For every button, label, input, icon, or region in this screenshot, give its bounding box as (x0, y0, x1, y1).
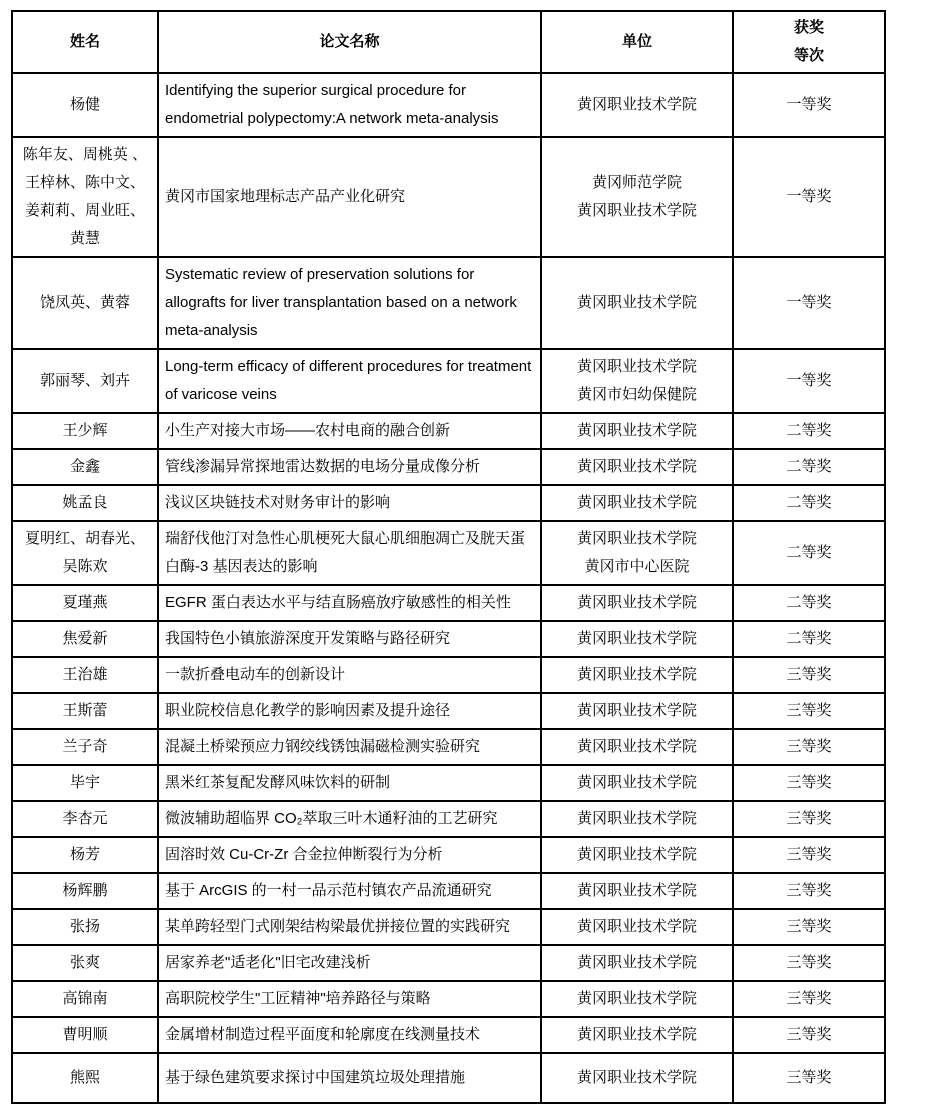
document-page: 姓名 论文名称 单位 获奖 等次 杨健 Identifying the supe… (0, 0, 937, 1104)
name-cell: 兰子奇 (12, 729, 158, 765)
table-row: 杨辉鹏 基于 ArcGIS 的一村一品示范村镇农产品流通研究 黄冈职业技术学院 … (12, 873, 885, 909)
title-cell: 黄冈市国家地理标志产品产业化研究 (158, 137, 541, 257)
unit-cell: 黄冈职业技术学院 (541, 1017, 733, 1053)
award-cell: 三等奖 (733, 837, 885, 873)
table-row: 王治雄 一款折叠电动车的创新设计 黄冈职业技术学院 三等奖 (12, 657, 885, 693)
title-cell: Identifying the superior surgical proced… (158, 73, 541, 137)
unit-line: 黄冈职业技术学院 (548, 949, 726, 977)
name-cell: 王治雄 (12, 657, 158, 693)
unit-cell: 黄冈职业技术学院 (541, 1053, 733, 1103)
table-row: 李杏元 微波辅助超临界 CO₂萃取三叶木通籽油的工艺研究 黄冈职业技术学院 三等… (12, 801, 885, 837)
award-cell: 三等奖 (733, 693, 885, 729)
title-cell: Long-term efficacy of different procedur… (158, 349, 541, 413)
unit-cell: 黄冈师范学院黄冈职业技术学院 (541, 137, 733, 257)
unit-cell: 黄冈职业技术学院 (541, 585, 733, 621)
table-row: 王斯蕾 职业院校信息化教学的影响因素及提升途径 黄冈职业技术学院 三等奖 (12, 693, 885, 729)
award-cell: 二等奖 (733, 485, 885, 521)
table-row: 金鑫 管线渗漏异常探地雷达数据的电场分量成像分析 黄冈职业技术学院 二等奖 (12, 449, 885, 485)
unit-cell: 黄冈职业技术学院黄冈市中心医院 (541, 521, 733, 585)
title-cell: 一款折叠电动车的创新设计 (158, 657, 541, 693)
unit-cell: 黄冈职业技术学院 (541, 801, 733, 837)
unit-line: 黄冈职业技术学院 (548, 91, 726, 119)
column-header-name: 姓名 (12, 11, 158, 73)
column-header-unit: 单位 (541, 11, 733, 73)
unit-line: 黄冈职业技术学院 (548, 913, 726, 941)
title-cell: 固溶时效 Cu-Cr-Zr 合金拉伸断裂行为分析 (158, 837, 541, 873)
title-cell: 混凝土桥梁预应力钢绞线锈蚀漏磁检测实验研究 (158, 729, 541, 765)
title-cell: 职业院校信息化教学的影响因素及提升途径 (158, 693, 541, 729)
award-cell: 三等奖 (733, 873, 885, 909)
name-cell: 夏明红、胡春光、吴陈欢 (12, 521, 158, 585)
table-row: 兰子奇 混凝土桥梁预应力钢绞线锈蚀漏磁检测实验研究 黄冈职业技术学院 三等奖 (12, 729, 885, 765)
table-header: 姓名 论文名称 单位 获奖 等次 (12, 11, 885, 73)
unit-cell: 黄冈职业技术学院 (541, 765, 733, 801)
table-row: 王少辉 小生产对接大市场——农村电商的融合创新 黄冈职业技术学院 二等奖 (12, 413, 885, 449)
award-cell: 二等奖 (733, 521, 885, 585)
unit-line: 黄冈职业技术学院 (548, 353, 726, 381)
award-cell: 一等奖 (733, 349, 885, 413)
name-cell: 杨芳 (12, 837, 158, 873)
table-row: 曹明顺 金属增材制造过程平面度和轮廓度在线测量技术 黄冈职业技术学院 三等奖 (12, 1017, 885, 1053)
unit-line: 黄冈职业技术学院 (548, 697, 726, 725)
unit-cell: 黄冈职业技术学院 (541, 729, 733, 765)
table-row: 杨芳 固溶时效 Cu-Cr-Zr 合金拉伸断裂行为分析 黄冈职业技术学院 三等奖 (12, 837, 885, 873)
name-cell: 王少辉 (12, 413, 158, 449)
name-cell: 熊熙 (12, 1053, 158, 1103)
unit-cell: 黄冈职业技术学院 (541, 485, 733, 521)
title-cell: 黑米红茶复配发酵风味饮料的研制 (158, 765, 541, 801)
unit-line: 黄冈职业技术学院 (548, 985, 726, 1013)
unit-cell: 黄冈职业技术学院 (541, 837, 733, 873)
award-cell: 二等奖 (733, 585, 885, 621)
title-cell: 居家养老"适老化"旧宅改建浅析 (158, 945, 541, 981)
award-cell: 一等奖 (733, 137, 885, 257)
unit-line: 黄冈职业技术学院 (548, 625, 726, 653)
name-cell: 李杏元 (12, 801, 158, 837)
table-body: 杨健 Identifying the superior surgical pro… (12, 73, 885, 1103)
award-cell: 三等奖 (733, 765, 885, 801)
unit-line: 黄冈职业技术学院 (548, 661, 726, 689)
award-cell: 二等奖 (733, 413, 885, 449)
title-cell: 小生产对接大市场——农村电商的融合创新 (158, 413, 541, 449)
unit-line: 黄冈职业技术学院 (548, 289, 726, 317)
title-cell: Systematic review of preservation soluti… (158, 257, 541, 349)
title-cell: 基于绿色建筑要求探讨中国建筑垃圾处理措施 (158, 1053, 541, 1103)
title-cell: 我国特色小镇旅游深度开发策略与路径研究 (158, 621, 541, 657)
table-row: 焦爱新 我国特色小镇旅游深度开发策略与路径研究 黄冈职业技术学院 二等奖 (12, 621, 885, 657)
title-cell: 浅议区块链技术对财务审计的影响 (158, 485, 541, 521)
title-cell: 某单跨轻型门式刚架结构梁最优拼接位置的实践研究 (158, 909, 541, 945)
table-row: 陈年友、周桃英 、王梓林、陈中文、姜莉莉、周业旺、黄慧 黄冈市国家地理标志产品产… (12, 137, 885, 257)
unit-line: 黄冈职业技术学院 (548, 525, 726, 553)
award-cell: 三等奖 (733, 945, 885, 981)
unit-cell: 黄冈职业技术学院 (541, 257, 733, 349)
unit-cell: 黄冈职业技术学院 (541, 693, 733, 729)
table-row: 饶凤英、黄蓉 Systematic review of preservation… (12, 257, 885, 349)
name-cell: 毕宇 (12, 765, 158, 801)
award-cell: 三等奖 (733, 1053, 885, 1103)
name-cell: 张扬 (12, 909, 158, 945)
name-cell: 杨辉鹏 (12, 873, 158, 909)
name-cell: 张爽 (12, 945, 158, 981)
award-cell: 三等奖 (733, 909, 885, 945)
name-cell: 高锦南 (12, 981, 158, 1017)
title-cell: 高职院校学生"工匠精神"培养路径与策略 (158, 981, 541, 1017)
unit-line: 黄冈市中心医院 (548, 553, 726, 581)
unit-line: 黄冈职业技术学院 (548, 197, 726, 225)
table-row: 夏瑾燕 EGFR 蛋白表达水平与结直肠癌放疗敏感性的相关性 黄冈职业技术学院 二… (12, 585, 885, 621)
unit-line: 黄冈职业技术学院 (548, 489, 726, 517)
award-cell: 二等奖 (733, 449, 885, 485)
unit-line: 黄冈职业技术学院 (548, 1021, 726, 1049)
column-header-title: 论文名称 (158, 11, 541, 73)
award-cell: 三等奖 (733, 801, 885, 837)
title-cell: EGFR 蛋白表达水平与结直肠癌放疗敏感性的相关性 (158, 585, 541, 621)
column-header-award: 获奖 等次 (733, 11, 885, 73)
title-cell: 瑞舒伐他汀对急性心肌梗死大鼠心肌细胞凋亡及胱天蛋白酶-3 基因表达的影响 (158, 521, 541, 585)
title-cell: 管线渗漏异常探地雷达数据的电场分量成像分析 (158, 449, 541, 485)
award-cell: 三等奖 (733, 657, 885, 693)
table-row: 张扬 某单跨轻型门式刚架结构梁最优拼接位置的实践研究 黄冈职业技术学院 三等奖 (12, 909, 885, 945)
unit-line: 黄冈市妇幼保健院 (548, 381, 726, 409)
table-row: 郭丽琴、刘卉 Long-term efficacy of different p… (12, 349, 885, 413)
unit-cell: 黄冈职业技术学院 (541, 945, 733, 981)
name-cell: 郭丽琴、刘卉 (12, 349, 158, 413)
award-cell: 三等奖 (733, 729, 885, 765)
award-cell: 一等奖 (733, 73, 885, 137)
title-cell: 金属增材制造过程平面度和轮廓度在线测量技术 (158, 1017, 541, 1053)
name-cell: 金鑫 (12, 449, 158, 485)
unit-cell: 黄冈职业技术学院 (541, 657, 733, 693)
award-cell: 三等奖 (733, 981, 885, 1017)
table-row: 姚孟良 浅议区块链技术对财务审计的影响 黄冈职业技术学院 二等奖 (12, 485, 885, 521)
unit-cell: 黄冈职业技术学院 (541, 413, 733, 449)
table-row: 高锦南 高职院校学生"工匠精神"培养路径与策略 黄冈职业技术学院 三等奖 (12, 981, 885, 1017)
unit-line: 黄冈职业技术学院 (548, 805, 726, 833)
award-cell: 一等奖 (733, 257, 885, 349)
name-cell: 焦爱新 (12, 621, 158, 657)
unit-line: 黄冈职业技术学院 (548, 589, 726, 617)
award-cell: 二等奖 (733, 621, 885, 657)
unit-cell: 黄冈职业技术学院 (541, 873, 733, 909)
unit-line: 黄冈职业技术学院 (548, 733, 726, 761)
unit-cell: 黄冈职业技术学院黄冈市妇幼保健院 (541, 349, 733, 413)
name-cell: 曹明顺 (12, 1017, 158, 1053)
unit-line: 黄冈师范学院 (548, 169, 726, 197)
title-cell: 基于 ArcGIS 的一村一品示范村镇农产品流通研究 (158, 873, 541, 909)
unit-line: 黄冈职业技术学院 (548, 453, 726, 481)
table-row: 夏明红、胡春光、吴陈欢 瑞舒伐他汀对急性心肌梗死大鼠心肌细胞凋亡及胱天蛋白酶-3… (12, 521, 885, 585)
title-cell: 微波辅助超临界 CO₂萃取三叶木通籽油的工艺研究 (158, 801, 541, 837)
unit-cell: 黄冈职业技术学院 (541, 981, 733, 1017)
unit-cell: 黄冈职业技术学院 (541, 449, 733, 485)
awards-table: 姓名 论文名称 单位 获奖 等次 杨健 Identifying the supe… (11, 10, 886, 1104)
header-row: 姓名 论文名称 单位 获奖 等次 (12, 11, 885, 73)
table-row: 熊熙 基于绿色建筑要求探讨中国建筑垃圾处理措施 黄冈职业技术学院 三等奖 (12, 1053, 885, 1103)
unit-line: 黄冈职业技术学院 (548, 417, 726, 445)
table-row: 张爽 居家养老"适老化"旧宅改建浅析 黄冈职业技术学院 三等奖 (12, 945, 885, 981)
unit-line: 黄冈职业技术学院 (548, 1064, 726, 1092)
name-cell: 陈年友、周桃英 、王梓林、陈中文、姜莉莉、周业旺、黄慧 (12, 137, 158, 257)
unit-line: 黄冈职业技术学院 (548, 769, 726, 797)
unit-cell: 黄冈职业技术学院 (541, 621, 733, 657)
award-cell: 三等奖 (733, 1017, 885, 1053)
unit-cell: 黄冈职业技术学院 (541, 73, 733, 137)
name-cell: 饶凤英、黄蓉 (12, 257, 158, 349)
name-cell: 姚孟良 (12, 485, 158, 521)
name-cell: 夏瑾燕 (12, 585, 158, 621)
name-cell: 王斯蕾 (12, 693, 158, 729)
table-row: 毕宇 黑米红茶复配发酵风味饮料的研制 黄冈职业技术学院 三等奖 (12, 765, 885, 801)
unit-line: 黄冈职业技术学院 (548, 877, 726, 905)
unit-line: 黄冈职业技术学院 (548, 841, 726, 869)
unit-cell: 黄冈职业技术学院 (541, 909, 733, 945)
table-row: 杨健 Identifying the superior surgical pro… (12, 73, 885, 137)
name-cell: 杨健 (12, 73, 158, 137)
